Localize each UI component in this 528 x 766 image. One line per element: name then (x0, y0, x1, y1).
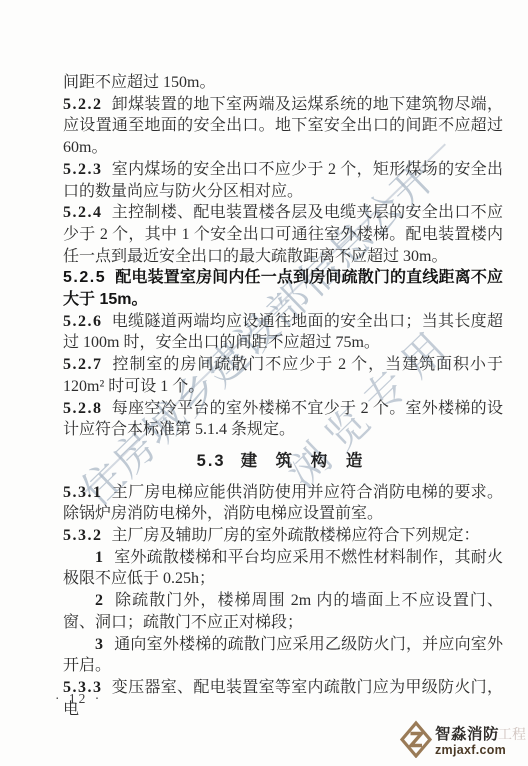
section-title: 建 筑 构 造 (241, 452, 370, 470)
section-heading-5-3: 5.3建 筑 构 造 (63, 451, 503, 473)
clause-number: 5.2.4 (63, 204, 103, 221)
clause-5-3-2: 5.3.2主厂房及辅助厂房的室外疏散楼梯应符合下列规定： (63, 525, 503, 547)
paragraph-text: 间距不应超过 150m。 (63, 74, 215, 91)
subitem-2: 2除疏散门外，楼梯周围 2m 内的墙面上不应设置门、窗、洞口；疏散门不应正对梯段… (63, 590, 503, 633)
subitem-number: 2 (95, 592, 103, 609)
paragraph-continuation: 间距不应超过 150m。 (63, 72, 503, 94)
brand-text-block: 智淼消防 工程 zmjaxf.com (435, 727, 526, 756)
clause-text: 变压器室、配电装置室等室内疏散门应为甲级防火门，电 (63, 679, 503, 718)
clause-text: 室内煤场的安全出口不应少于 2 个，矩形煤场的安全出口的数量尚应与防火分区相对应… (63, 161, 503, 200)
clause-number: 5.2.3 (63, 161, 103, 178)
clause-number: 5.3.2 (63, 527, 103, 544)
subitem-number: 3 (95, 636, 103, 653)
brand-url: zmjaxf.com (435, 744, 526, 757)
clause-5-2-6: 5.2.6电缆隧道两端均应设通往地面的安全出口；当其长度超过 100m 时，安全… (63, 311, 503, 354)
subitem-1: 1室外疏散楼梯和平台均应采用不燃性材料制作，其耐火极限不应低于 0.25h； (63, 547, 503, 590)
section-number: 5.3 (197, 452, 226, 470)
clause-number: 5.3.1 (63, 484, 103, 501)
clause-text: 控制室的房间疏散门不应少于 2 个，当建筑面积小于 120m² 时可设 1 个。 (63, 356, 503, 395)
clause-5-2-3: 5.2.3室内煤场的安全出口不应少于 2 个，矩形煤场的安全出口的数量尚应与防火… (63, 159, 503, 202)
subitem-3: 3通向室外楼梯的疏散门应采用乙级防火门，并应向室外开启。 (63, 634, 503, 677)
clause-text: 每座空冷平台的室外楼梯不宜少于 2 个。室外楼梯的设计应符合本标准第 5.1.4… (63, 400, 503, 439)
clause-5-2-2: 5.2.2卸煤装置的地下室两端及运煤系统的地下建筑物尽端，应设置通至地面的安全出… (63, 94, 503, 159)
clause-5-2-7: 5.2.7控制室的房间疏散门不应少于 2 个，当建筑面积小于 120m² 时可设… (63, 354, 503, 397)
document-page: 住房城乡建设部信息公开 浏览专用 间距不应超过 150m。 5.2.2卸煤装置的… (0, 0, 528, 766)
clause-number: 5.2.2 (63, 96, 103, 113)
clause-number: 5.2.6 (63, 313, 103, 330)
clause-text: 主厂房及辅助厂房的室外疏散楼梯应符合下列规定： (112, 527, 480, 544)
subitem-text: 除疏散门外，楼梯周围 2m 内的墙面上不应设置门、窗、洞口；疏散门不应正对梯段； (63, 592, 503, 631)
clause-number: 5.2.7 (63, 356, 103, 373)
clause-text: 配电装置室房间内任一点到房间疏散门的直线距离不应大于 15m。 (63, 269, 503, 308)
clause-text: 电缆隧道两端均应设通往地面的安全出口；当其长度超过 100m 时，安全出口的间距… (63, 313, 503, 352)
brand-stamp: 智淼消防 工程 zmjaxf.com (399, 720, 526, 763)
subitem-number: 1 (95, 549, 103, 566)
brand-name-ghost-suffix: 工程 (498, 727, 526, 741)
clause-5-2-4: 5.2.4主控制楼、配电装置楼各层及电缆夹层的安全出口不应少于 2 个，其中 1… (63, 202, 503, 267)
clause-number: 5.2.8 (63, 400, 103, 417)
clause-5-3-1: 5.3.1主厂房电梯应能供消防使用并应符合消防电梯的要求。除锅炉房消防电梯外，消… (63, 482, 503, 525)
clause-5-2-8: 5.2.8每座空冷平台的室外楼梯不宜少于 2 个。室外楼梯的设计应符合本标准第 … (63, 398, 503, 441)
page-content: 间距不应超过 150m。 5.2.2卸煤装置的地下室两端及运煤系统的地下建筑物尽… (63, 72, 503, 720)
clause-5-3-3-cutoff: 5.3.3变压器室、配电装置室等室内疏散门应为甲级防火门，电 (63, 677, 503, 720)
subitem-text: 通向室外楼梯的疏散门应采用乙级防火门，并应向室外开启。 (63, 636, 503, 675)
clause-text: 主控制楼、配电装置楼各层及电缆夹层的安全出口不应少于 2 个，其中 1 个安全出… (63, 204, 503, 264)
clause-number: 5.2.5 (63, 269, 106, 286)
subitem-text: 室外疏散楼梯和平台均应采用不燃性材料制作，其耐火极限不应低于 0.25h； (63, 549, 503, 588)
clause-5-2-5-mandatory: 5.2.5配电装置室房间内任一点到房间疏散门的直线距离不应大于 15m。 (63, 267, 503, 310)
brand-diamond-icon (399, 720, 433, 763)
page-number: · 12 · (55, 691, 102, 707)
clause-text: 主厂房电梯应能供消防使用并应符合消防电梯的要求。除锅炉房消防电梯外，消防电梯应设… (63, 484, 503, 523)
brand-name: 智淼消防 (435, 727, 499, 743)
clause-text: 卸煤装置的地下室两端及运煤系统的地下建筑物尽端，应设置通至地面的安全出口。地下室… (63, 96, 503, 156)
